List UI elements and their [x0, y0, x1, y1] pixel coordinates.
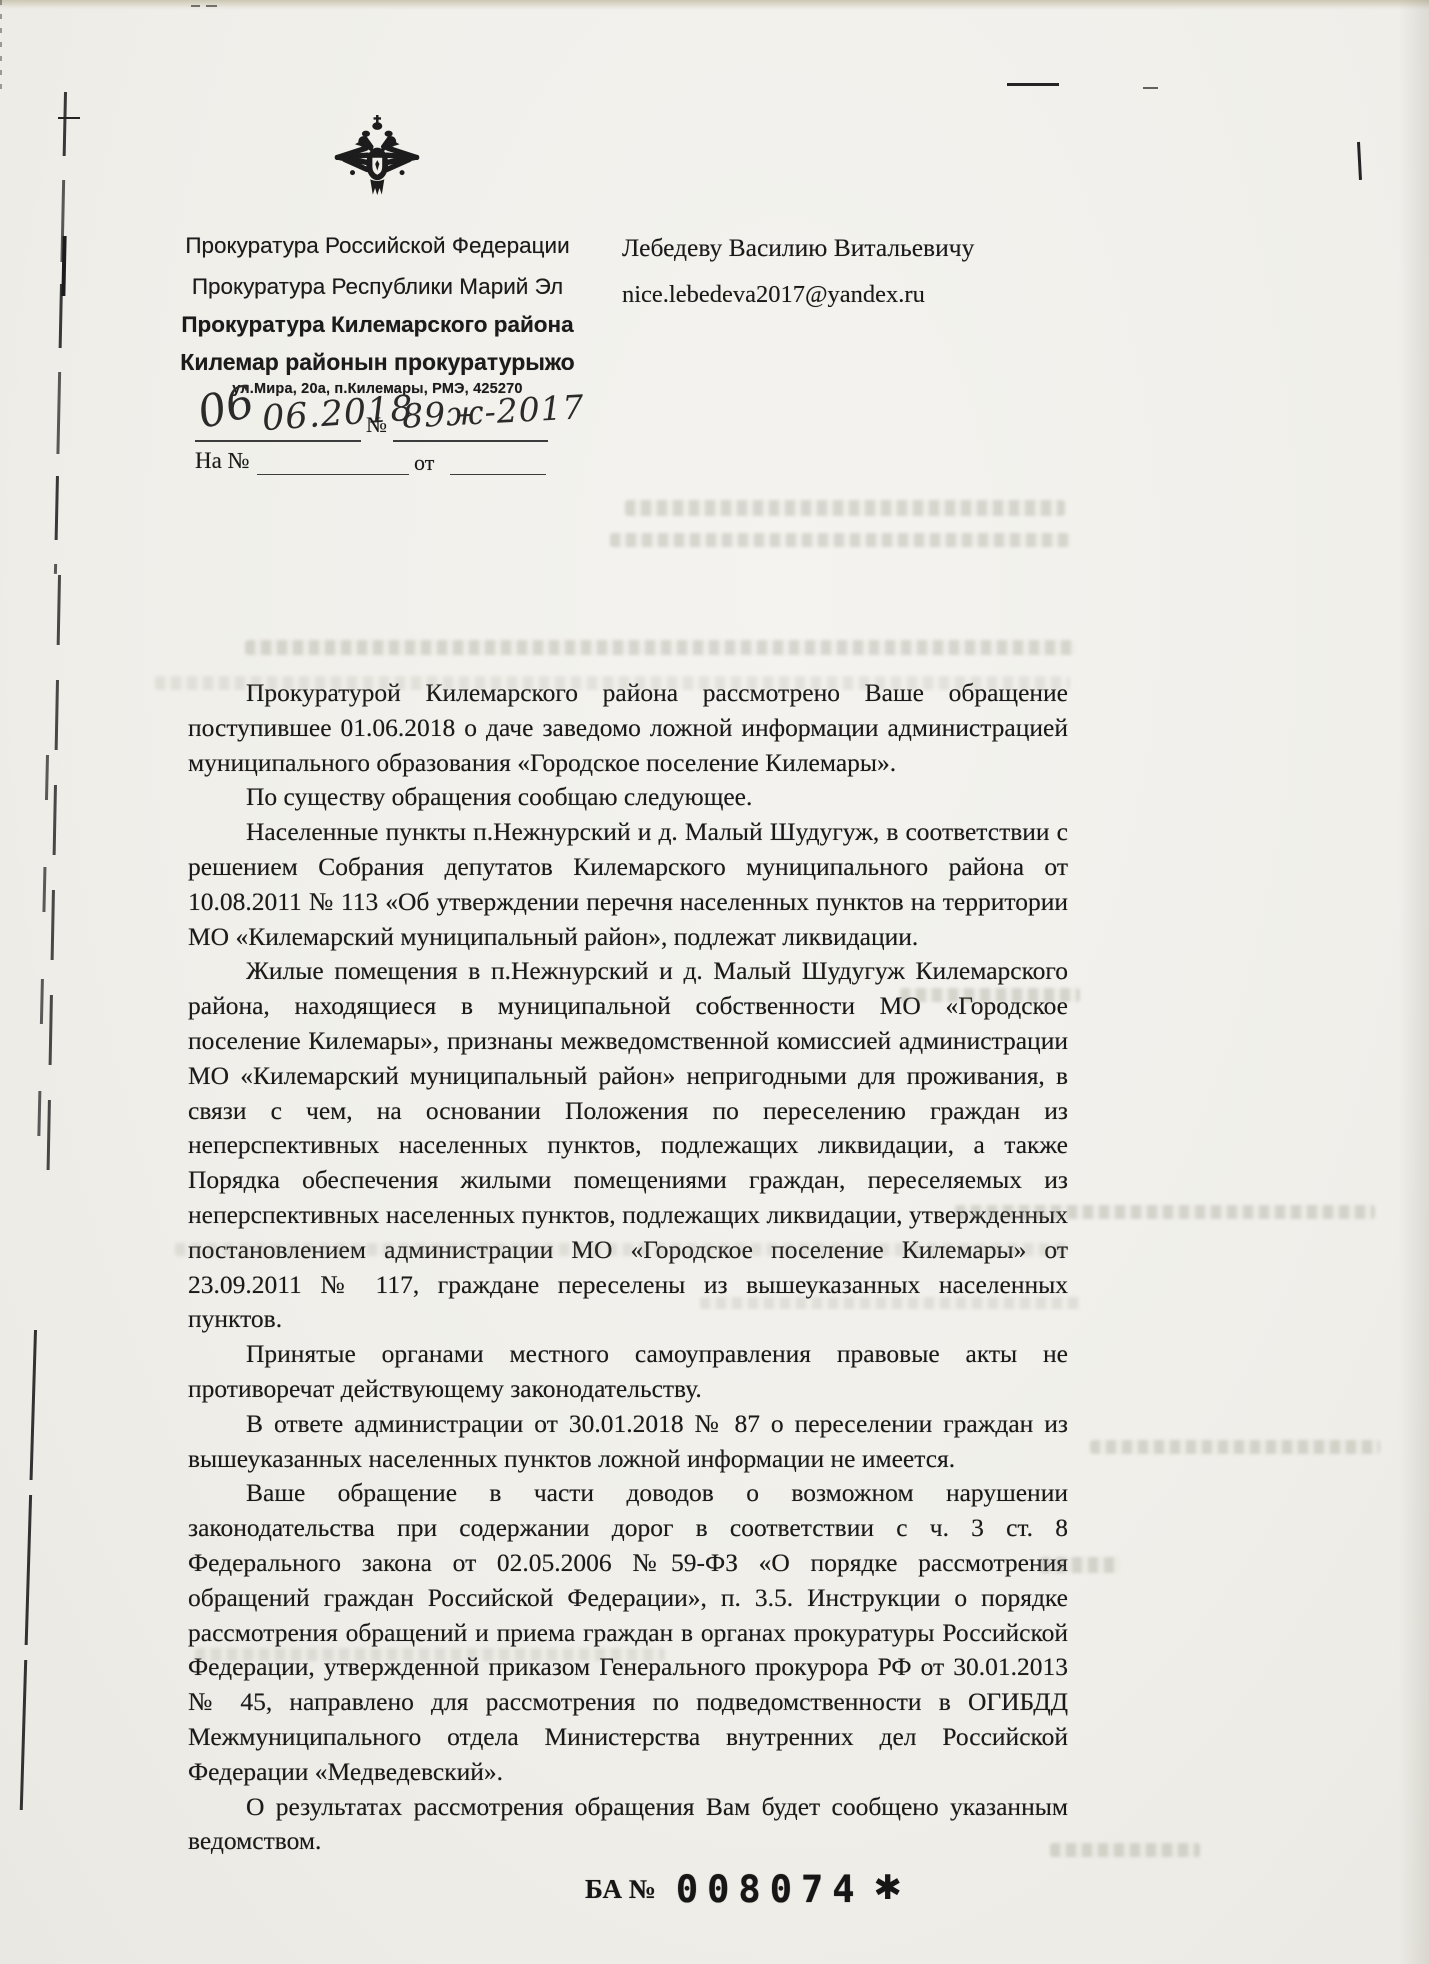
- scan-right-shading: [1399, 0, 1429, 1964]
- incoming-number-blank-line: [257, 474, 409, 475]
- paragraph-housing: Жилые помещения в п.Нежнурский и д. Малы…: [188, 954, 1068, 1337]
- recipient-email: nice.lebedeva2017@yandex.ru: [622, 281, 925, 309]
- paragraph-results-notice: О результатах рассмотрения обращения Вам…: [188, 1790, 1068, 1860]
- bleed-through-artifact: [155, 676, 1070, 690]
- scan-fold-line-middle: [46, 575, 60, 1195]
- scan-fold-line-bottom: [20, 1330, 37, 1812]
- stray-mark-vertical: [1357, 142, 1361, 180]
- incoming-from-label: от: [414, 450, 434, 476]
- bleed-through-artifact: [955, 1205, 1375, 1219]
- number-sign-label: №: [366, 412, 387, 438]
- recipient-name: Лебедеву Василию Витальевичу: [622, 233, 974, 263]
- paragraph-settlements: Населенные пункты п.Нежнурский и д. Малы…: [188, 815, 1068, 954]
- incoming-number-label: На №: [195, 448, 250, 474]
- letter-body: Прокуратурой Килемарского района рассмот…: [188, 676, 1068, 1859]
- stamp-number: 008074: [676, 1868, 864, 1911]
- form-number-stamp: БА № 008074 ✱: [585, 1868, 902, 1911]
- number-underline: [393, 440, 548, 442]
- letterhead-org-line1: Прокуратура Российской Федерации: [150, 233, 605, 259]
- scan-fold-line-thick-segment: [61, 236, 66, 296]
- letterhead-org-line3: Прокуратура Килемарского района: [150, 312, 605, 338]
- stamp-star-icon: ✱: [874, 1868, 903, 1908]
- bleed-through-artifact: [700, 1297, 1080, 1309]
- stray-mark: [1143, 87, 1158, 89]
- paragraph-roads-referral: Ваше обращение в части доводов о возможн…: [188, 1476, 1068, 1789]
- stray-mark: [58, 117, 80, 119]
- stamp-series-label: БА №: [585, 1874, 656, 1905]
- bleed-through-artifact: [245, 640, 1075, 655]
- bleed-through-artifact: [900, 988, 1080, 1002]
- letterhead-org-line2: Прокуратура Республики Марий Эл: [150, 274, 605, 300]
- bleed-through-artifact: [610, 533, 1070, 547]
- bleed-through-artifact: [195, 1648, 665, 1661]
- bleed-through-artifact: [1040, 1557, 1120, 1573]
- bleed-through-artifact: [175, 1243, 1070, 1256]
- bleed-through-artifact: [625, 500, 1065, 516]
- paragraph-legal-acts: Принятые органами местного самоуправлени…: [188, 1337, 1068, 1407]
- date-underline: [195, 440, 361, 442]
- coat-of-arms-icon: [329, 112, 425, 214]
- paragraph-admin-reply: В ответе администрации от 30.01.2018 № 8…: [188, 1407, 1068, 1477]
- bleed-through-artifact: [1050, 1843, 1200, 1857]
- handwritten-outgoing-number: 89ж-2017: [401, 387, 585, 436]
- stray-mark: [1007, 83, 1059, 86]
- stray-mark: [191, 5, 200, 7]
- scan-dotted-marks: [0, 0, 2, 92]
- paragraph-intro: Прокуратурой Килемарского района рассмот…: [188, 676, 1068, 780]
- stray-mark: [206, 5, 217, 7]
- paragraph-essence: По существу обращения сообщаю следующее.: [188, 780, 1068, 815]
- scanned-letter-page: Прокуратура Российской Федерации Прокура…: [0, 0, 1429, 1964]
- letterhead-org-line4: Килемар районын прокуратурыжо: [150, 349, 605, 376]
- bleed-through-artifact: [1090, 1440, 1380, 1454]
- incoming-from-blank-line: [450, 474, 546, 475]
- scan-fold-line-top: [54, 92, 67, 574]
